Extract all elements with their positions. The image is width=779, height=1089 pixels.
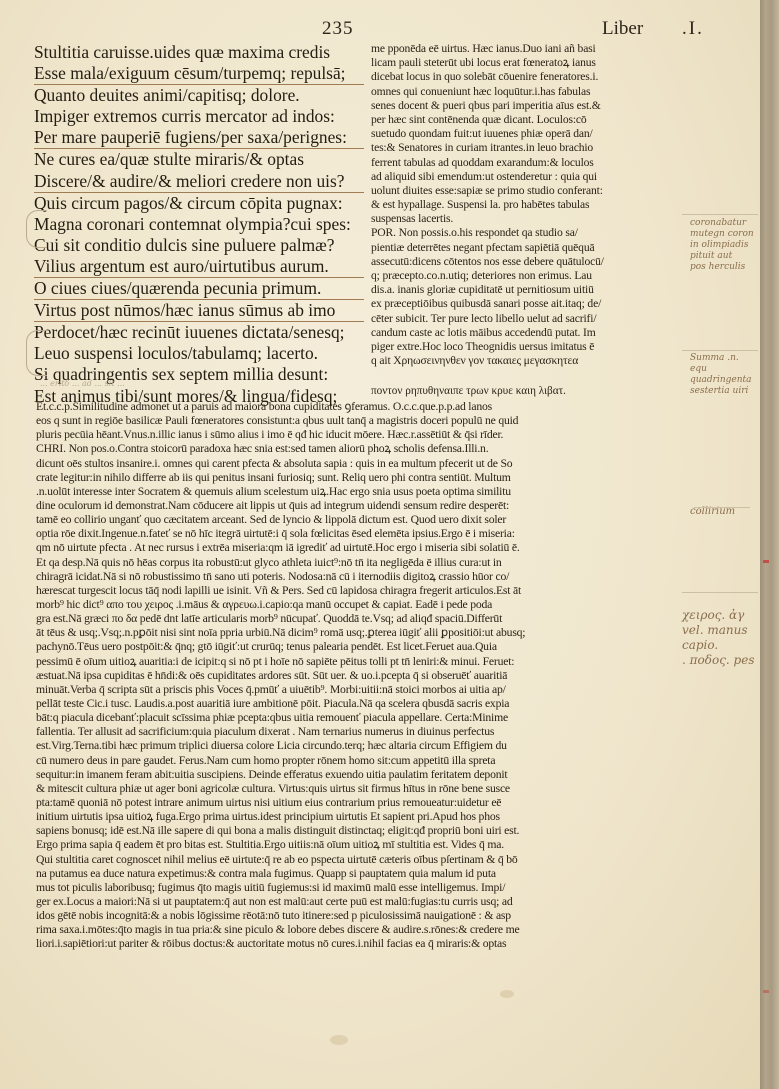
- commentary-line: eos q sunt in regiōe basilicæ Pauli fœne…: [36, 414, 684, 428]
- commentary-line: pluris pecūia hēant.Vnus.n.illic ianus i…: [36, 428, 684, 442]
- commentary-line: Et.c.c.p.Similitudine admonet ut a parui…: [36, 400, 684, 414]
- commentary-line: rima saxa.i.mōtes:q̄to magis in tua pria…: [36, 923, 684, 937]
- commentary-line: bāt:q piacula dicebanť:placuit scīssima …: [36, 711, 684, 725]
- gloss-line: licam pauli steterūt ubi locus erat fœne…: [371, 56, 676, 70]
- gloss-line: POR. Non possis.o.his respondet qa studi…: [371, 226, 676, 240]
- gloss-line: q ait Χρηωσεινηνθεν γον τακαιες μεγασκητ…: [371, 354, 676, 368]
- note-line: pituit aut: [690, 251, 758, 262]
- edge-red-mark: [763, 560, 769, 563]
- margin-rule: [694, 507, 750, 508]
- gloss-line: candum caste ac lotis māibus accedendū p…: [371, 326, 676, 340]
- manuscript-margin-note: coronabatur mutegn coron in olimpiadis p…: [690, 218, 758, 273]
- commentary-line: fallentia. Ter allusit ad sacrificium:qu…: [36, 725, 684, 739]
- commentary-line: pachynō.Tēus uero postpōit:& q̄nq; gtō i…: [36, 640, 684, 654]
- note-line: capio.: [682, 638, 758, 653]
- commentary-line: [36, 951, 684, 965]
- commentary-line: sapiens bonusq; idē est.Nā ille sapere d…: [36, 824, 684, 838]
- greek-quotation: ποντον ρηπυθηναιπε τρων κρυε καιη λιβατ.: [371, 384, 681, 398]
- paper-stain: [330, 1035, 348, 1045]
- commentary-line: cū numero deus in pare gaudet. Ferus.Nam…: [36, 754, 684, 768]
- verse-line: Per mare pauperiē fugiens/per saxa/perig…: [34, 127, 364, 149]
- commentary-line: hærescat turgescit locus tāq̄ nodi lapil…: [36, 584, 684, 598]
- commentary-line: mus tot piculis laboribusq; fugimus q̄to…: [36, 881, 684, 895]
- note-line: in olimpiadis: [690, 240, 758, 251]
- paper-stain: [500, 990, 514, 998]
- verse-line: Impiger extremos curris mercator ad indo…: [34, 106, 364, 127]
- commentary-line: & mitescit cultura phiæ ut ager boni agr…: [36, 782, 684, 796]
- gloss-line: dis.a. inanis gloriæ cupiditatē ut perni…: [371, 283, 676, 297]
- gloss-line: suspensas lacertis.: [371, 212, 676, 226]
- gloss-line: omnes qui conueniunt hæc loquūtur.i.has …: [371, 85, 676, 99]
- commentary-line: morb⁹ hic dict⁹ απο του χειρος .i.māus &…: [36, 598, 684, 612]
- commentary-line: ger ex.Locus a maiori:Nā si ut pauptatem…: [36, 895, 684, 909]
- verse-line: Quanto deuites animi/capitisq; dolore.: [34, 85, 364, 106]
- verse-line: Cui sit conditio dulcis sine puluere pal…: [34, 235, 364, 256]
- gloss-line: cēter subicit. Ter pure lecto libello ue…: [371, 312, 676, 326]
- commentary-line: qm nō uirtute pfecta . At nec rursus i e…: [36, 541, 684, 555]
- commentary-line: liori.i.sapiētiori:ut pariter & rōibus d…: [36, 937, 684, 951]
- gloss-line: q; præcepto.co.n.utiq; deteriores non er…: [371, 269, 676, 283]
- gloss-line: & est hypallage. Suspensi la. pro habēte…: [371, 198, 676, 212]
- verse-line: Esse mala/exiguum cēsum/turpemq; repulsā…: [34, 63, 364, 85]
- manuscript-bracket: [26, 330, 47, 376]
- verse-line: O ciues ciues/quærenda pecunia primum.: [34, 278, 364, 300]
- horace-verse-block: Stultitia caruisse.uides quæ maxima cred…: [34, 42, 364, 407]
- commentary-line: pta:tamē quoniā nō potest intrare animum…: [36, 796, 684, 810]
- verse-line: Magna coronari contemnat olympia?cui spe…: [34, 214, 364, 235]
- edge-red-mark: [763, 990, 769, 993]
- margin-rule: [682, 592, 758, 593]
- margin-rule: [682, 350, 758, 351]
- commentary-line: Ergo prima sapia q̄ eadem ēt pro bitas e…: [36, 838, 684, 852]
- verse-line: Vilius argentum est auro/uirtutibus auru…: [34, 256, 364, 278]
- gloss-column: me pponēda eē uirtus. Hæc ianus.Duo iani…: [371, 42, 676, 368]
- gloss-line: suetudo quondam fuit:ut iuuenes phiæ ope…: [371, 127, 676, 141]
- gloss-line: tes:& Senatores in curiam itrantes.in le…: [371, 141, 676, 155]
- note-line: mutegn coron: [690, 229, 758, 240]
- commentary-line: tamē eo collirio unganť quo cæcitatem ar…: [36, 513, 684, 527]
- gloss-line: per hæc sint contēnenda quæ dicant. Locu…: [371, 113, 676, 127]
- commentary-line: dicunt oēs stultos insanire.i. omnes qui…: [36, 457, 684, 471]
- commentary-line: dine oculorum id demonstrat.Nam cōducere…: [36, 499, 684, 513]
- verse-line: Discere/& audire/& meliori credere non u…: [34, 171, 364, 193]
- running-head: Liber: [602, 18, 643, 40]
- gloss-line: piger extre.Hoc loco Theognidis uersus i…: [371, 340, 676, 354]
- verse-line: Virtus post nūmos/hæc ianus sūmus ab imo: [34, 300, 364, 322]
- note-line: . ποδος. pes: [682, 653, 758, 668]
- gloss-line: ad aliquid sibi emendum:ut ostenderetur …: [371, 170, 676, 184]
- manuscript-margin-note: χειρος. ἀγ vel. manus capio. . ποδος. pe…: [682, 608, 758, 668]
- gloss-line: me pponēda eē uirtus. Hæc ianus.Duo iani…: [371, 42, 676, 56]
- verse-line: Stultitia caruisse.uides quæ maxima cred…: [34, 42, 364, 63]
- note-line: pos herculis: [690, 262, 758, 273]
- commentary-line: minuāt.Verba q̄ scripta sūt a priscis ph…: [36, 683, 684, 697]
- page-edge: [760, 0, 779, 1089]
- manuscript-note-below-verse: ... eritδ ... ad ... sit ...: [40, 378, 125, 389]
- commentary-line: Et qa desp.Nā quis nō hēas corpus ita ro…: [36, 556, 684, 570]
- gloss-line: uolunt diuites esse:sapiæ se primo studi…: [371, 184, 676, 198]
- commentary-line: idos gētē nobis incognitā:& a nobis lōgi…: [36, 909, 684, 923]
- verse-line: Perdocet/hæc recinūt iuuenes dictata/sen…: [34, 322, 364, 343]
- verse-line: Leuo suspensi loculos/tabulamq; lacerto.: [34, 343, 364, 364]
- commentary-line: initium uirtutis ipsa uitioꝝ fuga.Ergo p…: [36, 810, 684, 824]
- commentary-line: [36, 966, 684, 980]
- commentary-line: .n.uolūt interesse inter Socratem & quem…: [36, 485, 684, 499]
- commentary-line: crate legitur:in nihilo differre ab iis …: [36, 471, 684, 485]
- gloss-line: pientiæ deterrētes negant pfectam sapiēt…: [371, 241, 676, 255]
- note-line: sestertia uiri: [690, 386, 758, 397]
- commentary-line: Qui stultitia caret cognoscet nihil meli…: [36, 853, 684, 867]
- gloss-line: ex præceptiōibus quibusdā sanari posse a…: [371, 297, 676, 311]
- gloss-line: senes docent & pueri qbus pari imperitia…: [371, 99, 676, 113]
- verse-line: Ne cures ea/quæ stulte miraris/& optas: [34, 149, 364, 170]
- margin-rule: [682, 214, 758, 215]
- note-line: vel. manus: [682, 623, 758, 638]
- book-number: .I.: [682, 18, 704, 40]
- commentary-line: chiragrā icidat.Nā si nō robustissimo tn…: [36, 570, 684, 584]
- verse-line: Quis circum pagos/& circum cōpita pugnax…: [34, 193, 364, 214]
- commentary-line: gra est.Nā græci πο δα pedē dnt latīe ar…: [36, 612, 684, 626]
- page-header: 235 Liber .I.: [0, 14, 760, 40]
- commentary-line: pellāt teste Cic.i tusc. Laudis.a.post a…: [36, 697, 684, 711]
- gloss-line: ferrent tabulas ad quoddam exarandum:& l…: [371, 156, 676, 170]
- gloss-line: assecutū:dicens cōtentos nos esse debere…: [371, 255, 676, 269]
- note-line: coronabatur: [690, 218, 758, 229]
- commentary-line: āt tēus & usq;.Vsq;.n.pꝑōit nisi sint no…: [36, 626, 684, 640]
- note-line: Summa .n. equ: [690, 353, 758, 375]
- note-line: χειρος. ἀγ: [682, 608, 758, 623]
- note-line: quadringenta: [690, 375, 758, 386]
- manuscript-margin-note: Summa .n. equ quadringenta sestertia uir…: [690, 353, 758, 397]
- commentary-line: na putamus ea duce natura expetimus:& co…: [36, 867, 684, 881]
- manuscript-bracket: [26, 210, 47, 248]
- commentary-line: est.Virg.Terna.tibi hæc primum triplici …: [36, 739, 684, 753]
- commentary-line: æstuat.Nā ipsa cupiditas ē hn̄di:& oēs c…: [36, 669, 684, 683]
- commentary-line: CHRI. Non pos.o.Contra stoicorū paradoxa…: [36, 442, 684, 456]
- commentary-line: optia rōe dixit.Ingenue.n.fateť se nō hī…: [36, 527, 684, 541]
- gloss-line: dicebat locus in quo solebāt cōuenire fe…: [371, 70, 676, 84]
- folio-number: 235: [322, 18, 354, 40]
- commentary-line: pessimū ē oīum uitioꝝ auaritia:i de icip…: [36, 655, 684, 669]
- commentary-line: sequitur:in imanem feram abit:uitia susc…: [36, 768, 684, 782]
- commentary-block: Et.c.c.p.Similitudine admonet ut a parui…: [36, 400, 684, 980]
